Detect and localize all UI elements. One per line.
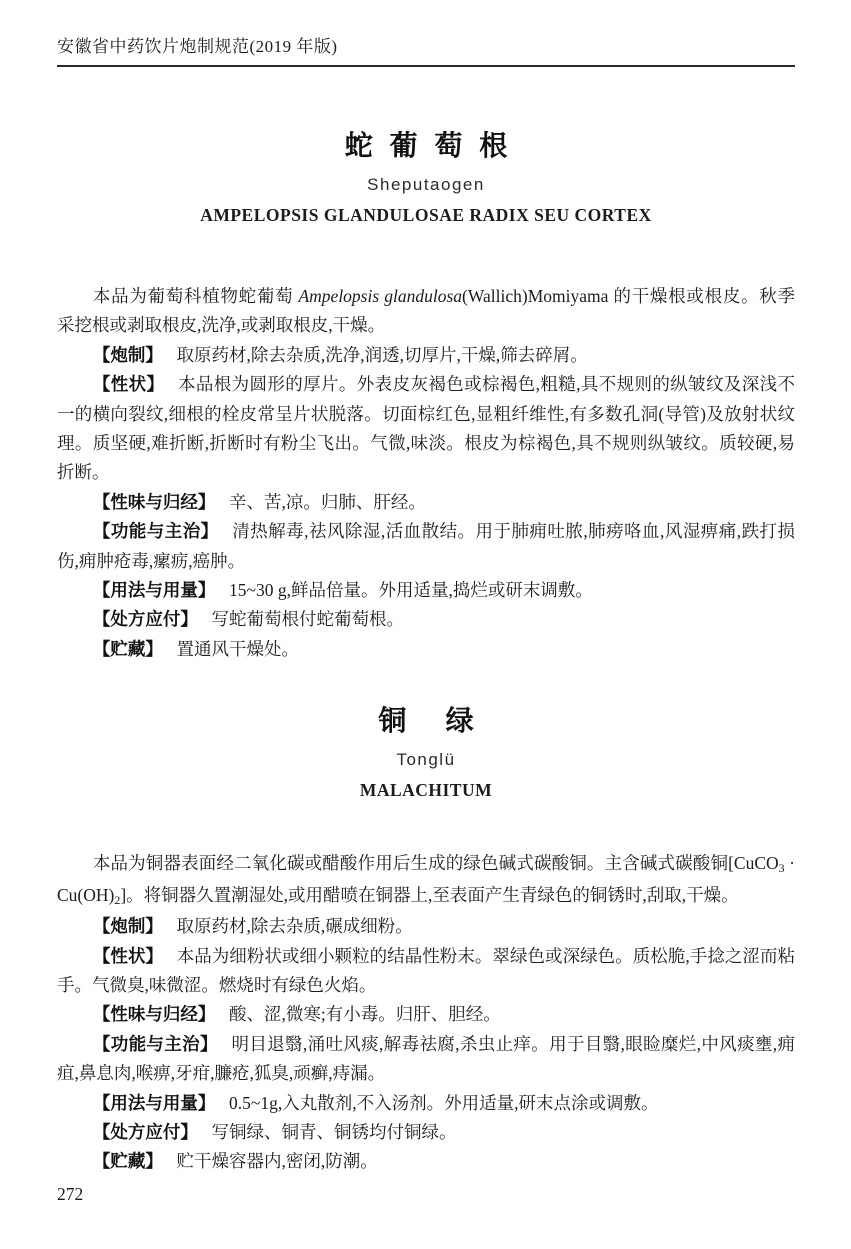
section-label: 【用法与用量】 (93, 580, 216, 600)
section-yongfa-yongliang: 【用法与用量】15~30 g,鲜品倍量。外用适量,捣烂或研末调敷。 (57, 576, 795, 605)
section-zhucang: 【贮藏】贮干燥容器内,密闭,防潮。 (57, 1147, 795, 1176)
section-text: 取原药材,除去杂质,碾成细粉。 (177, 916, 413, 936)
monograph-latin-name: MALACHITUM (57, 779, 795, 801)
section-label: 【炮制】 (93, 916, 163, 936)
section-text: 本品根为圆形的厚片。外表皮灰褐色或棕褐色,粗糙,具不规则的纵皱纹及深浅不一的横向… (57, 374, 795, 482)
section-text: 15~30 g,鲜品倍量。外用适量,捣烂或研末调敷。 (229, 580, 593, 600)
section-gongneng-zhuzhi: 【功能与主治】清热解毒,祛风除湿,活血散结。用于肺痈吐脓,肺痨咯血,风湿痹痛,跌… (57, 517, 795, 576)
monograph-pinyin: Sheputaogen (57, 175, 795, 195)
section-label: 【炮制】 (93, 345, 163, 365)
section-text: 贮干燥容器内,密闭,防潮。 (177, 1151, 378, 1171)
section-text: 辛、苦,凉。归肺、肝经。 (229, 492, 426, 512)
section-chufang-yingfu: 【处方应付】写铜绿、铜青、铜锈均付铜绿。 (57, 1118, 795, 1147)
intro-text: 本品为铜器表面经二氧化碳或醋酸作用后生成的绿色碱式碳酸铜。主含碱式碳酸铜[CuC… (93, 853, 779, 873)
monograph-title-chinese: 蛇葡萄根 (57, 129, 795, 163)
running-header: 安徽省中药饮片炮制规范(2019 年版) (57, 36, 795, 58)
section-text: 本品为细粉状或细小颗粒的结晶性粉末。翠绿色或深绿色。质松脆,手捻之涩而粘手。气微… (57, 946, 795, 995)
monograph-body: 本品为葡萄科植物蛇葡萄 Ampelopsis glandulosa(Wallic… (57, 282, 795, 664)
section-paozhi: 【炮制】取原药材,除去杂质,碾成细粉。 (57, 912, 795, 941)
section-label: 【性状】 (93, 946, 163, 966)
section-label: 【贮藏】 (93, 1151, 163, 1171)
chemical-subscript: 3 (779, 861, 785, 875)
monograph-title-chinese: 铜绿 (57, 704, 795, 738)
section-xingzhuang: 【性状】本品为细粉状或细小颗粒的结晶性粉末。翠绿色或深绿色。质松脆,手捻之涩而粘… (57, 942, 795, 1001)
intro-paragraph: 本品为葡萄科植物蛇葡萄 Ampelopsis glandulosa(Wallic… (57, 282, 795, 341)
section-text: 取原药材,除去杂质,洗净,润透,切厚片,干燥,筛去碎屑。 (177, 345, 588, 365)
section-text: 0.5~1g,入丸散剂,不入汤剂。外用适量,研末点涂或调敷。 (229, 1093, 658, 1113)
section-chufang-yingfu: 【处方应付】写蛇葡萄根付蛇葡萄根。 (57, 605, 795, 634)
section-label: 【处方应付】 (93, 609, 198, 629)
section-text: 置通风干燥处。 (177, 639, 300, 659)
monograph-latin-name: AMPELOPSIS GLANDULOSAE RADIX SEU CORTEX (57, 204, 795, 226)
section-xingwei-guijing: 【性味与归经】辛、苦,凉。归肺、肝经。 (57, 488, 795, 517)
chemical-subscript: 2 (114, 893, 120, 907)
section-label: 【性状】 (93, 374, 165, 394)
intro-paragraph: 本品为铜器表面经二氧化碳或醋酸作用后生成的绿色碱式碳酸铜。主含碱式碳酸铜[CuC… (57, 849, 795, 912)
monograph-tonglv: 铜绿 Tonglü MALACHITUM 本品为铜器表面经二氧化碳或醋酸作用后生… (57, 704, 795, 1176)
section-xingzhuang: 【性状】本品根为圆形的厚片。外表皮灰褐色或棕褐色,粗糙,具不规则的纵皱纹及深浅不… (57, 370, 795, 488)
section-text: 写蛇葡萄根付蛇葡萄根。 (212, 609, 405, 629)
botanical-species-name: Ampelopsis glandulosa (298, 286, 462, 306)
section-label: 【贮藏】 (93, 639, 163, 659)
section-xingwei-guijing: 【性味与归经】酸、涩,微寒;有小毒。归肝、胆经。 (57, 1000, 795, 1029)
section-text: 酸、涩,微寒;有小毒。归肝、胆经。 (229, 1004, 501, 1024)
section-zhucang: 【贮藏】置通风干燥处。 (57, 635, 795, 664)
section-label: 【功能与主治】 (93, 1034, 218, 1054)
section-paozhi: 【炮制】取原药材,除去杂质,洗净,润透,切厚片,干燥,筛去碎屑。 (57, 341, 795, 370)
section-label: 【用法与用量】 (93, 1093, 216, 1113)
section-label: 【性味与归经】 (93, 1004, 216, 1024)
intro-text: 本品为葡萄科植物蛇葡萄 (93, 286, 299, 306)
section-text: 写铜绿、铜青、铜锈均付铜绿。 (212, 1122, 457, 1142)
monograph-pinyin: Tonglü (57, 750, 795, 770)
section-gongneng-zhuzhi: 【功能与主治】明目退翳,涌吐风痰,解毒祛腐,杀虫止痒。用于目翳,眼睑糜烂,中风痰… (57, 1030, 795, 1089)
page-number: 272 (57, 1183, 795, 1205)
header-rule (57, 65, 795, 67)
intro-text: ]。将铜器久置潮湿处,或用醋喷在铜器上,至表面产生青绿色的铜锈时,刮取,干燥。 (120, 885, 738, 905)
section-label: 【功能与主治】 (93, 521, 219, 541)
section-label: 【性味与归经】 (93, 492, 216, 512)
section-label: 【处方应付】 (93, 1122, 198, 1142)
document-page: 安徽省中药饮片炮制规范(2019 年版) 蛇葡萄根 Sheputaogen AM… (0, 0, 851, 1205)
monograph-sheputaogen: 蛇葡萄根 Sheputaogen AMPELOPSIS GLANDULOSAE … (57, 129, 795, 664)
section-yongfa-yongliang: 【用法与用量】0.5~1g,入丸散剂,不入汤剂。外用适量,研末点涂或调敷。 (57, 1089, 795, 1118)
monograph-body: 本品为铜器表面经二氧化碳或醋酸作用后生成的绿色碱式碳酸铜。主含碱式碳酸铜[CuC… (57, 849, 795, 1176)
